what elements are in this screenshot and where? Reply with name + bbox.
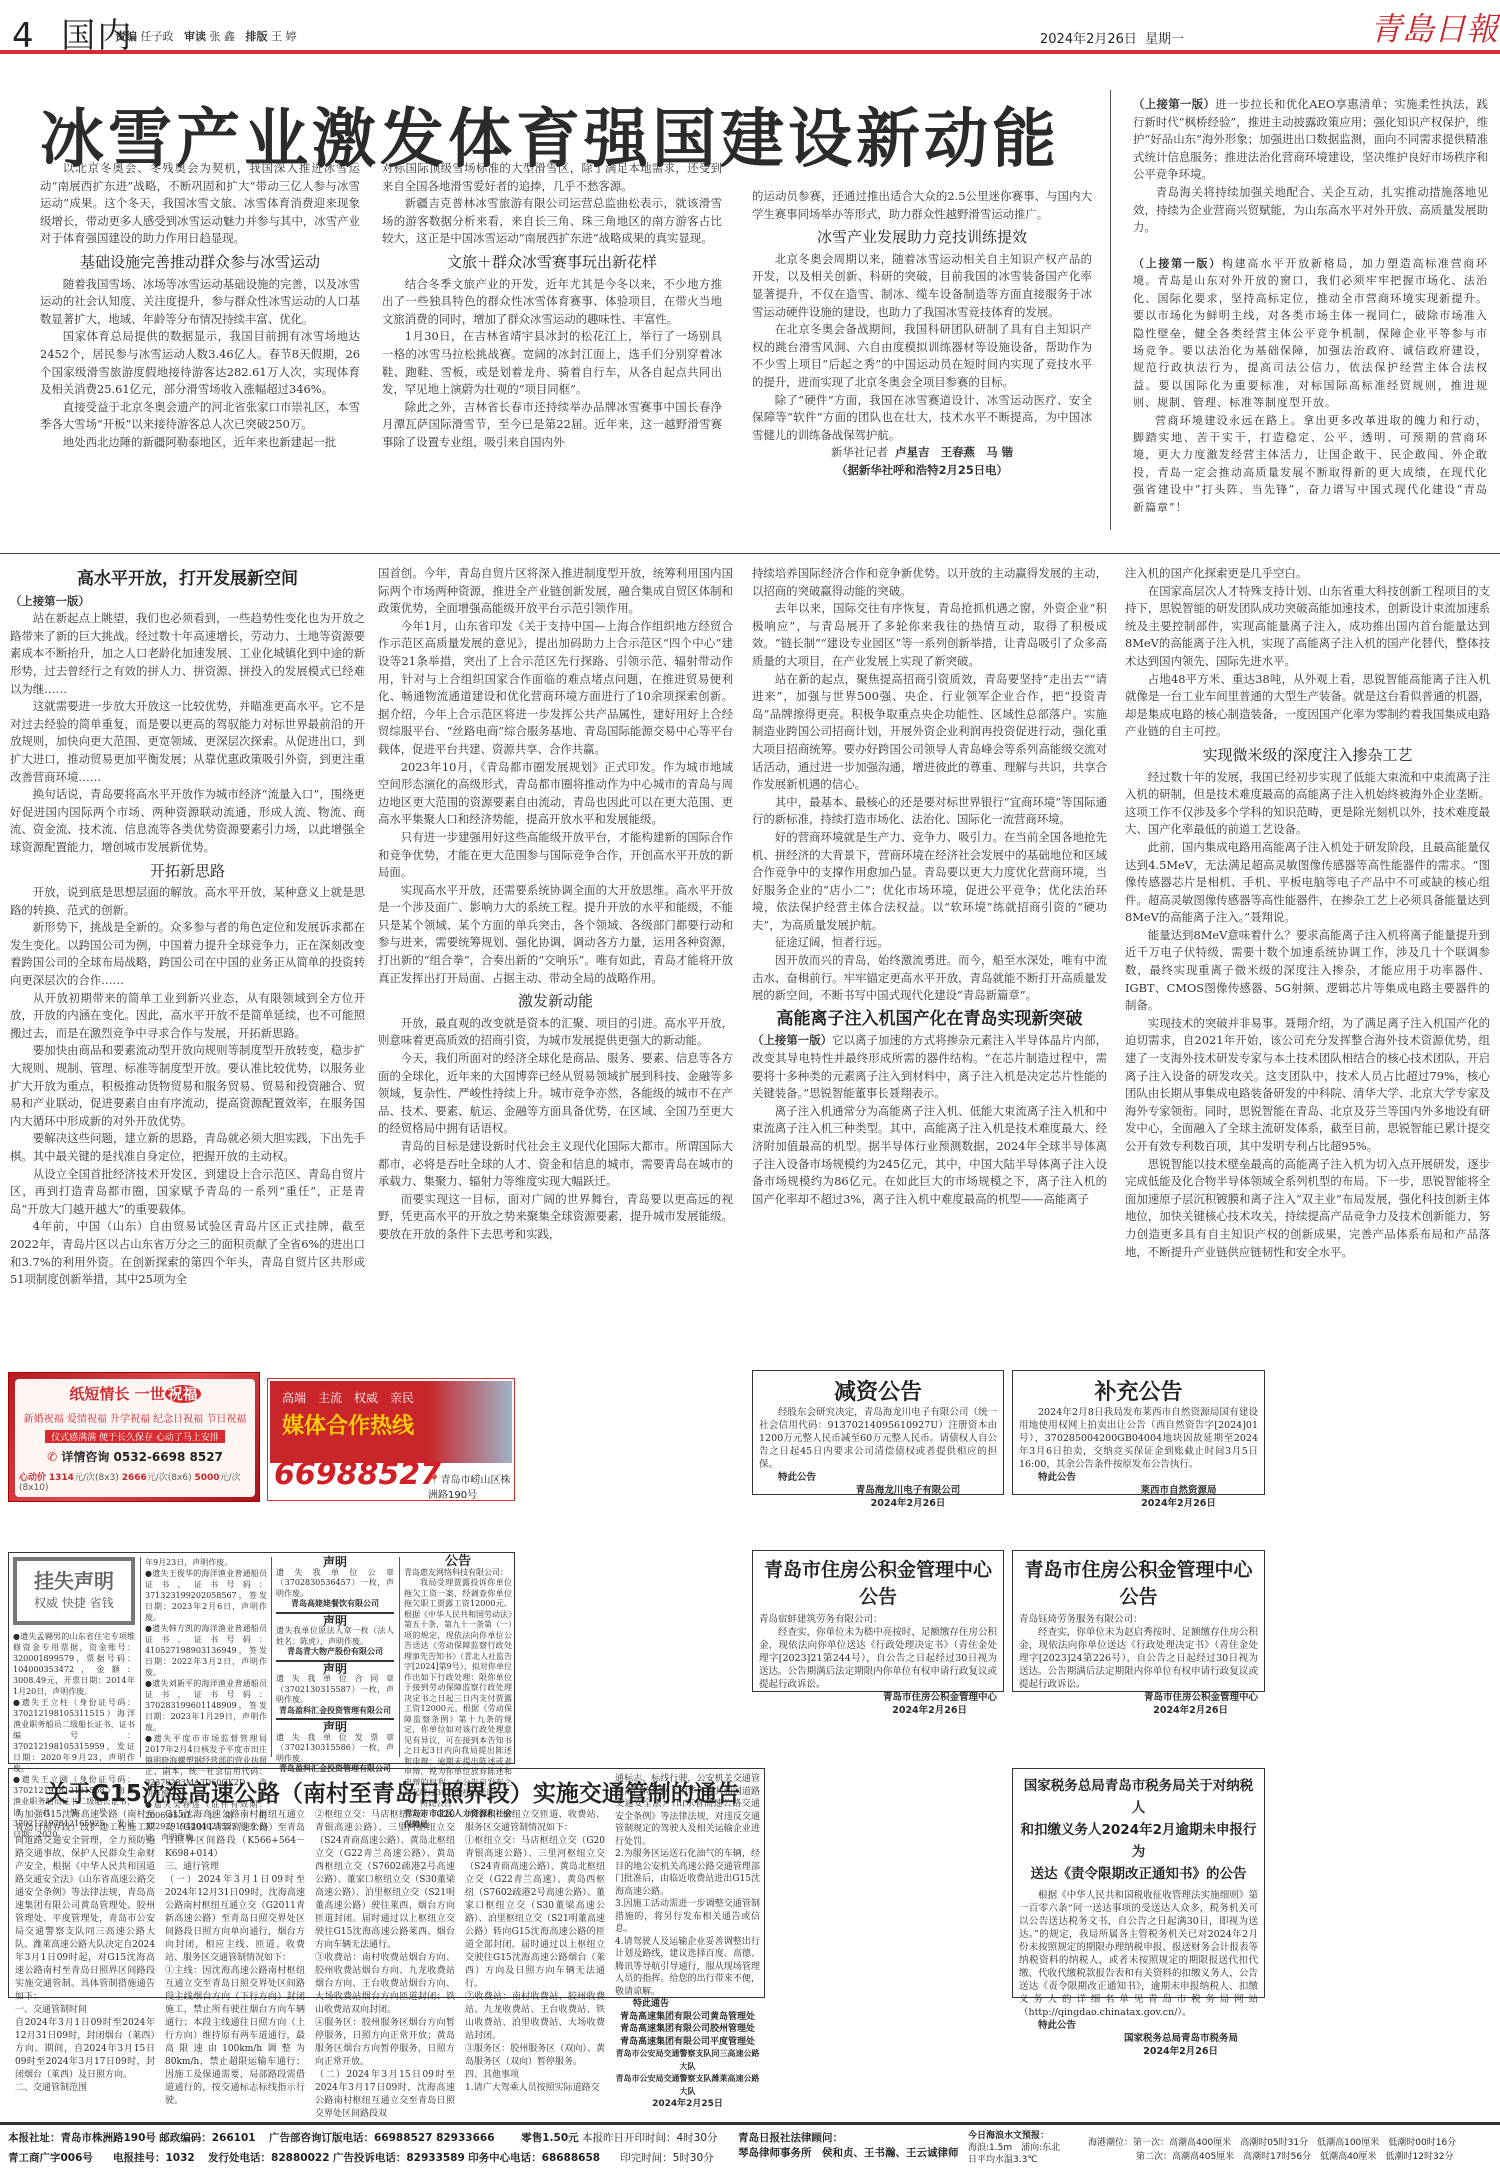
paragraph: 离子注入机通常分为高能离子注入机、低能大束流离子注入机和中束流离子注入机三种类型…: [752, 1103, 1107, 1209]
notice-date: 2024年2月25日: [615, 2098, 760, 2111]
lost-item: ●遗失王立柱（身份证号码：370212198105311515）海洋渔业职务船员…: [13, 1697, 135, 1774]
lost-notices-section: 挂失声明 权威 快捷 省钱 ●遗失孟翱男的山东省住宅专项维修资金专用票据，资金账…: [8, 1552, 515, 1764]
paragraph: 北京冬奥会周期以来，随着冰雪运动相关自主知识产权产品的开发，以及相关创新、科研的…: [752, 251, 1092, 321]
paragraph: 结合冬季文旅产业的开发，近年尤其是今冬以来，不少地方推出了一些独具特色的群众性冰…: [382, 276, 722, 329]
subheading: 冰雪产业发展助力竞技训练提效: [752, 229, 1092, 247]
paragraph: 实现高水平开放，还需要系统协调全面的大开放思维。高水平开放是一个涉及面广、影响力…: [378, 882, 733, 988]
traffic-col5-body: 通标志、标线行驶，公安机关交通管理部门将依据《中华人民共和国道路交通安全法》《山…: [615, 1773, 760, 1998]
notice-issuer: 青岛市公安局交通警察支队同三高速公路大队: [615, 2048, 760, 2073]
notice-addressee: 青岛宿蚌建筑劳务有限公司：: [759, 1613, 997, 1626]
subheading: 文旅＋群众冰雪赛事玩出新花样: [382, 254, 722, 272]
statement: 声明遗失我单位原法人章一枚（法人姓名：陈虎），声明作废。青岛青大物产股份有限公司: [276, 1616, 394, 1658]
paragraph: 国首创。今年，青岛自贸片区将深入推进制度型开放，统筹利用国内国际两个市场两种资源…: [378, 565, 733, 618]
subheading: 实现微米级的深度注入掺杂工艺: [1125, 747, 1490, 765]
housing-fund-notice-2: 青岛市住房公积金管理中心公告 青岛钰琦劳务服务有限公司： 经查实，你单位未为赵启…: [1012, 1550, 1265, 1692]
lost-item: ●遗失孟翱男的山东省住宅专项维修资金专用票据，资金账号：320001899579…: [13, 1631, 135, 1697]
paragraph: 2023年10月，《青岛都市圈发展规划》正式印发。作为城市地域空间形态演化的高级…: [378, 759, 733, 829]
continued-label: （上接第一版）: [10, 593, 365, 611]
paragraph: 青岛海关将持续加强关地配合、关企互动，扎实推动措施落地见效，持续为企业营商兴贸赋…: [1133, 184, 1488, 237]
notice-title: 青岛市住房公积金管理中心公告: [1019, 1555, 1258, 1609]
media-address: 📍青岛市崂山区株洲路190号: [428, 1471, 514, 1501]
paragraph: 因开放而兴的青岛，始终激流勇进。而今，船至水深处，唯有中流击水、奋楫前行。牢牢锚…: [752, 952, 1107, 1005]
paragraph: 除了“硬件”方面，我国在冰雪赛道设计、冰雪运动医疗、安全保障等“软件”方面的团队…: [752, 392, 1092, 445]
notice-body: 我局受理贾露投诉你单位拖欠工资一案，经调查你单位拖欠职工贾露工资12000元。根…: [404, 1578, 512, 1799]
housing-fund-notice-1: 青岛市住房公积金管理中心公告 青岛宿蚌建筑劳务有限公司： 经查实，你单位未为嵇中…: [752, 1550, 1004, 1692]
paragraph: 营商环境建设永远在路上。拿出更多改革进取的魄力和行动，脚踏实地、苦干实干，打造稳…: [1133, 412, 1488, 516]
banner-title: 挂失声明: [17, 1565, 131, 1594]
notice-issuer: 青岛高速集团有限公司黄岛管理处: [615, 2011, 760, 2024]
footer: 本报社址：青岛市株洲路190号 邮政编码：266101 广告部咨询订版电话：66…: [8, 2130, 1498, 2172]
paragraph: 在国家高层次人才特殊支持计划、山东省重大科技创新工程项目的支持下，思锐智能的研发…: [1125, 583, 1490, 671]
lost-item: ●遗失王俊华的海洋渔业普通船员证书，证书号码：37132319920205856…: [145, 1568, 267, 1623]
capital-reduction-notice: 减资公告 经股东会研究决定，青岛海龙川电子有限公司（统一社会信用代码：91370…: [752, 1370, 1004, 1495]
paragraph: 今年1月，山东省印发《关于支持中国—上海合作组织地方经贸合作示范区高质量发展的意…: [378, 618, 733, 759]
lead-article-col1: 以北京冬奥会、冬残奥会为契机，我国深入推进冰雪运动“南展西扩东进”战略，不断巩固…: [40, 160, 360, 452]
notice-issuer: 青岛高速集团有限公司平度管理处: [615, 2036, 760, 2049]
subheading: 激发新动能: [378, 993, 733, 1011]
subheading: 基础设施完善推动群众参与冰雪运动: [40, 254, 360, 272]
paragraph: 要解决这些问题，建立新的思路，青岛就必须大胆实践，下出先手棋。其中最关键的是找准…: [10, 1130, 365, 1165]
column-divider: [399, 1557, 400, 1757]
paragraph: 开放，最直观的改变就是资本的汇聚、项目的引进。高水平开放，则意味着更高质效的招商…: [378, 1015, 733, 1050]
traffic-col1: 为加强G15沈海高速公路（南村至青岛日照界段）改扩建工程施工期间道路交通安全管理…: [15, 1809, 155, 2095]
paragraph: 思锐智能以技术壁垒最高的高能离子注入机为切入点开展研发，逐步完成低能及化合物半导…: [1125, 1156, 1490, 1262]
lost-item: ●遗失韩方凯的海洋渔业普通船员证书，证书号码：41052719890313694…: [145, 1623, 267, 1678]
media-title: 媒体合作热线: [282, 1409, 414, 1440]
greeting-contact: ✆ 详情咨询 0532-6698 8527: [15, 1448, 255, 1465]
paragraph: 新形势下，挑战是全新的。众多参与者的角色定位和发展诉求都在发生变化。以跨国公司为…: [10, 919, 365, 989]
notice-date: 2024年2月26日: [759, 1497, 997, 1510]
notice-date: 2024年2月26日: [759, 1704, 997, 1717]
lost-item: 年9月23日，声明作废。: [145, 1557, 267, 1568]
wave-forecast: 今日海浪水文预报：海浪:1.5m 浦向:东北日平均水温3.3℃: [968, 2130, 1060, 2166]
paragraph: 新疆吉克普林冰雪旅游有限公司运营总监曲松表示，就该滑雪场的游客数据分析来看，来自…: [382, 195, 722, 248]
notice-body: 经查实，你单位未为赵启秀按时、足额缴存住房公积金，现依法向你单位送达《行政处理决…: [1019, 1626, 1258, 1691]
paragraph: 4年前，中国（山东）自由贸易试验区青岛片区正式挂牌，截至2022年，青岛片区以占…: [10, 1218, 365, 1288]
paragraph: 其中，最基本、最核心的还是要对标世界银行“宜商环境”等国际通行的新标准，持续打造…: [752, 794, 1107, 829]
notice-issuer: 国家税务总局青岛市税务局: [1019, 2032, 1258, 2045]
paragraph: 能量达到8MeV意味着什么？要求高能离子注入机将离子能量提升到近千万电子伏特级，…: [1125, 927, 1490, 1015]
paragraph: 从开放初期带来的简单工业到新兴业态，从有限领域到全方位开放，开放的内涵在变化。因…: [10, 990, 365, 1043]
statement: 声明遗失我单位合同章（3702130315587）一枚，声明作废。青岛盈科汇金投…: [276, 1664, 394, 1717]
paragraph: 只有进一步建强用好这些高能级开放平台，才能构建新的国际合作和竞争优势，才能在更大…: [378, 829, 733, 882]
paragraph: 征途辽阔，恒者行远。: [752, 934, 1107, 952]
notice-date: 2024年2月26日: [1019, 1497, 1258, 1510]
paragraph: 而要实现这一目标，面对广阔的世界舞台，青岛要以更高远的视野，凭更高水平的开放之势…: [378, 1191, 733, 1244]
open-article-col2: 国首创。今年，青岛自贸片区将深入推进制度型开放，统筹利用国内国际两个市场两种资源…: [378, 565, 733, 1244]
media-tags: 高端 主流 权威 亲民: [282, 1389, 414, 1406]
notice-date: 2024年2月26日: [1019, 2045, 1258, 2058]
article-headline: 高能离子注入机国产化在青岛实现新突破: [752, 1011, 1107, 1029]
media-phone: 66988527: [274, 1457, 441, 1492]
notice-closing: 特此公告: [1019, 2019, 1258, 2032]
traffic-col3: ②枢纽立交：马店枢纽立交（G20青银高速公路）、三里河枢纽立交（S24青商高速公…: [315, 1809, 455, 2121]
column-divider: [140, 1557, 141, 1757]
traffic-control-notice: 关于G15沈海高速公路（南村至青岛日照界段）实施交通管制的通告 为加强G15沈海…: [8, 1768, 765, 1998]
notice-body: 经查实，你单位未为嵇中亮按时、足额缴存住房公积金，现依法向你单位送达《行政处理决…: [759, 1626, 997, 1691]
paragraph: 去年以来，国际交往有序恢复，青岛抢抓机遇之窗，外资企业“积极响应”，与青岛展开了…: [752, 600, 1107, 670]
greeting-ad[interactable]: 纸短情长 一世祝福 新婚祝福 爱情祝福 升学祝福 纪念日祝福 节日祝福 仪式感满…: [8, 1372, 260, 1502]
notice-issuer: 青岛市住房公积金管理中心: [1019, 1691, 1258, 1704]
notice-addressee: 青岛钰琦劳务服务有限公司：: [1019, 1613, 1258, 1626]
notice-issuer: 青岛高速集团有限公司胶州管理处: [615, 2023, 760, 2036]
tax-notice: 国家税务总局青岛市税务局关于对纳税人 和扣缴义务人2024年2月逾期未申报行为 …: [1012, 1768, 1265, 1998]
paragraph: 此前，国内集成电路用高能离子注入机处于研发阶段，且最高能量仅达到4.5MeV，无…: [1125, 839, 1490, 927]
column-divider: [271, 1557, 272, 1757]
paragraph: 这就需要进一步放大开放这一比较优势，并瞄准更高水平。它不是对过去经验的简单重复，…: [10, 698, 365, 786]
paragraph: 占地48平方米、重达38吨，从外观上看，思锐智能高能离子注入机就像是一台工业车间…: [1125, 671, 1490, 741]
paragraph: 经过数十年的发展，我国已经初步实现了低能大束流和中束流离子注入机的研制，但是技术…: [1125, 769, 1490, 839]
continued-label: （上接第一版）: [1133, 257, 1222, 270]
paragraph: 站在新起点上眺望，我们也必须看到，一些趋势性变化也为开放之路带来了新的巨大挑战。…: [10, 610, 365, 698]
statement: 声明遗失我单位发票章（3702130315586）一枚，声明作废。青岛盈科汇金投…: [276, 1722, 394, 1775]
lead-article-col2: 对标国际顶级雪场标准的大型滑雪区，除了满足本地需求，还受到来自全国各地滑雪爱好者…: [382, 160, 722, 452]
media-ad[interactable]: 高端 主流 权威 亲民 媒体合作热线 66988527 📍青岛市崂山区株洲路19…: [267, 1378, 515, 1501]
newspaper-logo: 青島日報: [1370, 4, 1498, 50]
paragraph: 对标国际顶级雪场标准的大型滑雪区，除了满足本地需求，还受到来自全国各地滑雪爱好者…: [382, 160, 722, 195]
greeting-prices: 心动价 1314元/次(8x3) 2666元/次(8x6) 5000元/次(8x…: [15, 1470, 255, 1493]
lost-col3: 声明遗失我单位公章（3702830536457）一枚，声明作废。青岛高姥姥餐饮有…: [276, 1557, 394, 1775]
notice-closing: 特此通告: [615, 1998, 760, 2011]
paragraph: 除此之外，吉林省长春市还持续举办品牌冰雪赛事中国长春净月潭瓦萨国际滑雪节，至今已…: [382, 399, 722, 452]
footer-line1: 本报社址：青岛市株洲路190号 邮政编码：266101 广告部咨询订版电话：66…: [8, 2130, 718, 2145]
lost-notice-banner: 挂失声明 权威 快捷 省钱: [13, 1557, 135, 1625]
paragraph: 站在新的起点，聚焦提高招商引资质效，青岛要坚持“走出去”“请进来”，加强与世界5…: [752, 671, 1107, 794]
notice-closing: 特此公告: [759, 1471, 997, 1484]
masthead: 4 国内 责编 任子政 审读 张 鑫 排版 王 婷 2024年2月26日 星期一…: [0, 0, 1500, 55]
footer-divider: [0, 2122, 1500, 2125]
greeting-categories: 新婚祝福 爱情祝福 升学祝福 纪念日祝福 节日祝福: [15, 1410, 255, 1425]
paragraph: 实现技术的突破并非易事。聂翔介绍，为了满足离子注入机国产化的迫切需求，自2021…: [1125, 1015, 1490, 1156]
traffic-col5: 通标志、标线行驶，公安机关交通管理部门将依据《中华人民共和国道路交通安全法》《山…: [615, 1773, 760, 2111]
paragraph: 青岛的目标是建设新时代社会主义现代化国际大都市。所谓国际大都市，必将是吞吐全球的…: [378, 1138, 733, 1191]
footer-line2: 青工商广字006号 电报挂号：1032 发行处电话：82880022 广告投诉电…: [8, 2150, 714, 2165]
notice-issuer: 青岛市公安局交通警察支队潍莱高速公路大队: [615, 2073, 760, 2098]
notice-body: 2024年2月8日我局发布莱西市自然资源局国有建设用地使用权网上拍卖出让公告（西…: [1019, 1406, 1258, 1471]
lead-article-col3: 的运动员参赛，还通过推出适合大众的2.5公里迷你赛事、与国内大学生赛事同场举办等…: [752, 188, 1092, 480]
notice-title: 国家税务总局青岛市税务局关于对纳税人 和扣缴义务人2024年2月逾期未申报行为 …: [1019, 1775, 1258, 1885]
lost-item: ●遗失刘新平的海洋渔业普通船员证书，证书号码：37028319960114890…: [145, 1678, 267, 1733]
banner-subtitle: 权威 快捷 省钱: [17, 1594, 131, 1611]
legal-advisor: 青岛日报社法律顾问：琴岛律师事务所 侯和贞、王书瀚、王云诚律师: [738, 2130, 959, 2160]
traffic-col4: 向封闭，枢纽立交匝道、收费站、服务区交通管制情况如下： ①枢纽立交：马店枢纽立交…: [465, 1809, 605, 2095]
paragraph: 国家体育总局提供的数据显示，我国目前拥有冰雪场地达2452个，居民参与冰雪运动人…: [40, 328, 360, 398]
supplement-notice: 补充公告 2024年2月8日我局发布莱西市自然资源局国有建设用地使用权网上拍卖出…: [1012, 1370, 1265, 1495]
open-article-col3: 持续培养国际经济合作和竞争新优势。以开放的主动赢得发展的主动，以招商的突破赢得动…: [752, 565, 1107, 1208]
open-article-col1: 高水平开放，打开发展新空间 （上接第一版） 站在新起点上眺望，我们也必须看到，一…: [10, 565, 365, 1289]
paragraph: 从设立全国首批经济技术开发区，到建设上合示范区、青岛自贸片区，再到打造青岛都市圈…: [10, 1166, 365, 1219]
greeting-ad-title: 纸短情长 一世祝福: [15, 1383, 255, 1404]
tide-table: 海港潮位：第一次：高潮高400厘米 高潮时05时31分 低潮高100厘米 低潮时…: [1088, 2136, 1456, 2164]
editor-credits: 责编 任子政 审读 张 鑫 排版 王 婷: [115, 28, 297, 44]
notice-body: 根据《中华人民共和国税收征收管理法实施细则》第一百零六条“同一送达事项的受送达人…: [1019, 1889, 1258, 2019]
notice-date: 2024年2月26日: [1019, 1704, 1258, 1717]
section-divider: [0, 553, 1500, 554]
notice-title: 青岛市住房公积金管理中心公告: [759, 1555, 997, 1609]
notice-issuer: 莱西市自然资源局: [1019, 1484, 1258, 1497]
paragraph: 换句话说，青岛要将高水平开放作为城市经济“流量入口”，围绕更好促进国内国际两个市…: [10, 786, 365, 856]
notice-issuer: 青岛海龙川电子有限公司: [759, 1484, 997, 1497]
paragraph: 随着我国雪场、冰场等冰雪运动基础设施的完善，以及冰雪运动的社会认知度、关注度提升…: [40, 276, 360, 329]
phone-icon: ✆: [47, 1450, 57, 1464]
issue-date: 2024年2月26日 星期一: [1040, 28, 1184, 47]
notice-title: 减资公告: [759, 1375, 997, 1406]
paragraph: 注入机的国产化探索更是几乎空白。: [1125, 565, 1490, 583]
ion-article-col2: 注入机的国产化探索更是几乎空白。 在国家高层次人才特殊支持计划、山东省重大科技创…: [1125, 565, 1490, 1261]
continued-label: （上接第一版）: [752, 1033, 832, 1047]
masthead-divider: [0, 50, 1500, 54]
paragraph: 在北京冬奥会备战期间，我国科研团队研制了具有自主知识产权的跳台滑雪风洞、六自由度…: [752, 321, 1092, 391]
paragraph: 直接受益于北京冬奥会遗产的河北省张家口市崇礼区，本雪季各大雪场“开板”以来接待游…: [40, 399, 360, 434]
continued-commentary: （上接第一版）构建高水平开放新格局，加力塑造高标准营商环境。青岛是山东对外开放的…: [1133, 255, 1488, 516]
dateline: （据新华社呼和浩特2月25日电）: [752, 462, 1092, 480]
notice-title: 补充公告: [1019, 1375, 1258, 1406]
notice-addressee: 青岛惠友网络科技有限公司：: [404, 1568, 512, 1579]
continued-customs: （上接第一版）进一步拉长和优化AEO享惠清单；实施柔性执法，践行新时代“枫桥经验…: [1133, 96, 1488, 237]
paragraph: 要加快由商品和要素流动型开放向规则等制度型开放转变，稳步扩大规则、规制、管理、标…: [10, 1042, 365, 1130]
continued-label: （上接第一版）: [1133, 97, 1215, 111]
paragraph: 的运动员参赛，还通过推出适合大众的2.5公里迷你赛事、与国内大学生赛事同场举办等…: [752, 188, 1092, 223]
column-divider: [1110, 90, 1111, 530]
traffic-col2: G15沈海高速公路南村枢纽互通立交（G2011青新高速公路）至青岛日照界区间路段…: [165, 1809, 305, 2108]
byline: 新华社记者 卢星吉 王春燕 马 锴: [752, 444, 1092, 462]
paragraph: 开放，说到底是思想层面的解放。高水平开放，某种意义上就是思路的转换、范式的创新。: [10, 884, 365, 919]
paragraph: 以北京冬奥会、冬残奥会为契机，我国深入推进冰雪运动“南展西扩东进”战略，不断巩固…: [40, 160, 360, 248]
greeting-tagline: 仪式感满满 便于长久保存 心动了马上安排: [45, 1430, 225, 1443]
notice-body: 经股东会研究决定，青岛海龙川电子有限公司（统一社会信用代码：9137021409…: [759, 1406, 997, 1471]
subheading: 开拓新思路: [10, 863, 365, 881]
paragraph: 地处西北边陲的新疆阿勒泰地区，近年来也新建起一批: [40, 434, 360, 452]
paragraph: 好的营商环境就是生产力、竞争力、吸引力。在当前全国各地抢先机、拼经济的大背景下，…: [752, 829, 1107, 935]
statement: 声明遗失我单位公章（3702830536457）一枚，声明作废。青岛高姥姥餐饮有…: [276, 1557, 394, 1610]
notice-title: 公告: [404, 1557, 512, 1568]
article-headline: 高水平开放，打开发展新空间: [10, 571, 365, 589]
notice-closing: 特此公告: [1019, 1471, 1258, 1484]
paragraph: 今天，我们所面对的经济全球化是商品、服务、要素、信息等各方面的全球化，近年来的大…: [378, 1050, 733, 1138]
paragraph: 1月30日，在吉林省靖宇县冰封的松花江上，举行了一场别具一格的冰雪马拉松挑战赛。…: [382, 328, 722, 398]
location-pin-icon: 📍: [428, 1475, 440, 1486]
paragraph: 持续培养国际经济合作和竞争新优势。以开放的主动赢得发展的主动，以招商的突破赢得动…: [752, 565, 1107, 600]
notice-issuer: 青岛市住房公积金管理中心: [759, 1691, 997, 1704]
